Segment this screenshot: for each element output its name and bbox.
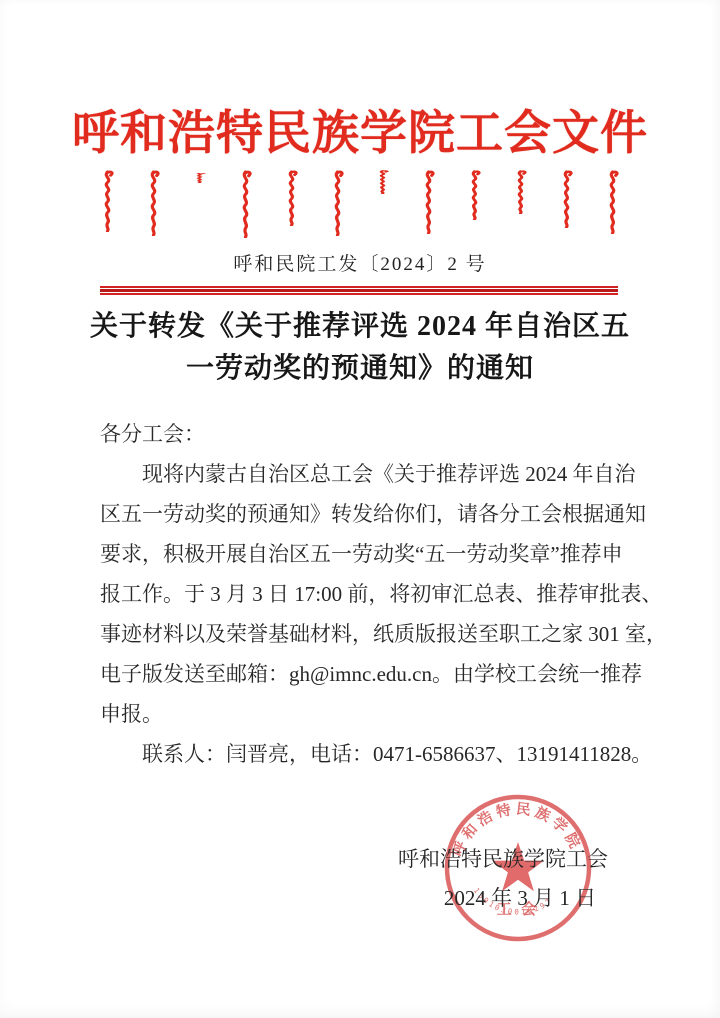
mongolian-glyph-mark [421,170,436,239]
mongolian-glyph-mark [284,170,299,231]
mongolian-glyph-mark [330,170,345,241]
mongolian-glyph-mark [375,170,390,199]
body-line: 区五一劳动奖的预通知》转发给你们，请各分工会根据通知 [100,494,620,534]
notice-title-line2: 一劳动奖的预通知》的通知 [40,348,680,390]
body-line: 现将内蒙古自治区总工会《关于推荐评选 2024 年自治 [100,454,620,494]
body-line: 报工作。于 3 月 3 日 17:00 前，将初审汇总表、推荐审批表、 [100,574,620,614]
mongolian-glyph-mark [192,170,207,188]
notice-title-line1: 关于转发《关于推荐评选 2024 年自治区五 [40,306,680,348]
mongolian-glyph-mark [146,170,161,241]
body-line: 要求，积极开展自治区五一劳动奖“五一劳动奖章”推荐申 [100,534,620,574]
signature-date: 2024 年 3 月 1 日 [420,882,620,912]
body-line: 各分工会： [100,414,620,454]
contact-line: 联系人：闫晋亮，电话：0471-6586637、13191411828。 [100,734,620,774]
mongolian-script-row [100,170,620,240]
notice-title: 关于转发《关于推荐评选 2024 年自治区五 一劳动奖的预通知》的通知 [40,306,680,390]
mongolian-glyph-mark [559,170,574,233]
body-line: 事迹材料以及荣誉基础材料，纸质版报送至职工之家 301 室， [100,614,620,654]
document-number: 呼和民院工发〔2024〕2 号 [0,249,720,276]
mongolian-glyph-mark [605,170,620,239]
red-divider-rule [100,286,618,295]
mongolian-glyph-mark [513,170,528,219]
body-line: 电子版发送至邮箱：gh@imnc.edu.cn。由学校工会统一推荐 [100,654,620,694]
document-page: 呼和浩特民族学院工会文件 呼和民院工发〔2024〕2 号 关于转发《关于推荐评选… [0,0,720,1018]
mongolian-glyph-mark [100,170,115,237]
mongolian-glyph-mark [467,170,482,225]
signature-org: 呼和浩特民族学院工会 [398,843,608,873]
red-header-org-title: 呼和浩特民族学院工会文件 [0,96,720,163]
body-line: 申报。 [100,694,620,734]
mongolian-glyph-mark [238,170,253,243]
notice-body: 各分工会： 现将内蒙古自治区总工会《关于推荐评选 2024 年自治 区五一劳动奖… [100,414,620,774]
